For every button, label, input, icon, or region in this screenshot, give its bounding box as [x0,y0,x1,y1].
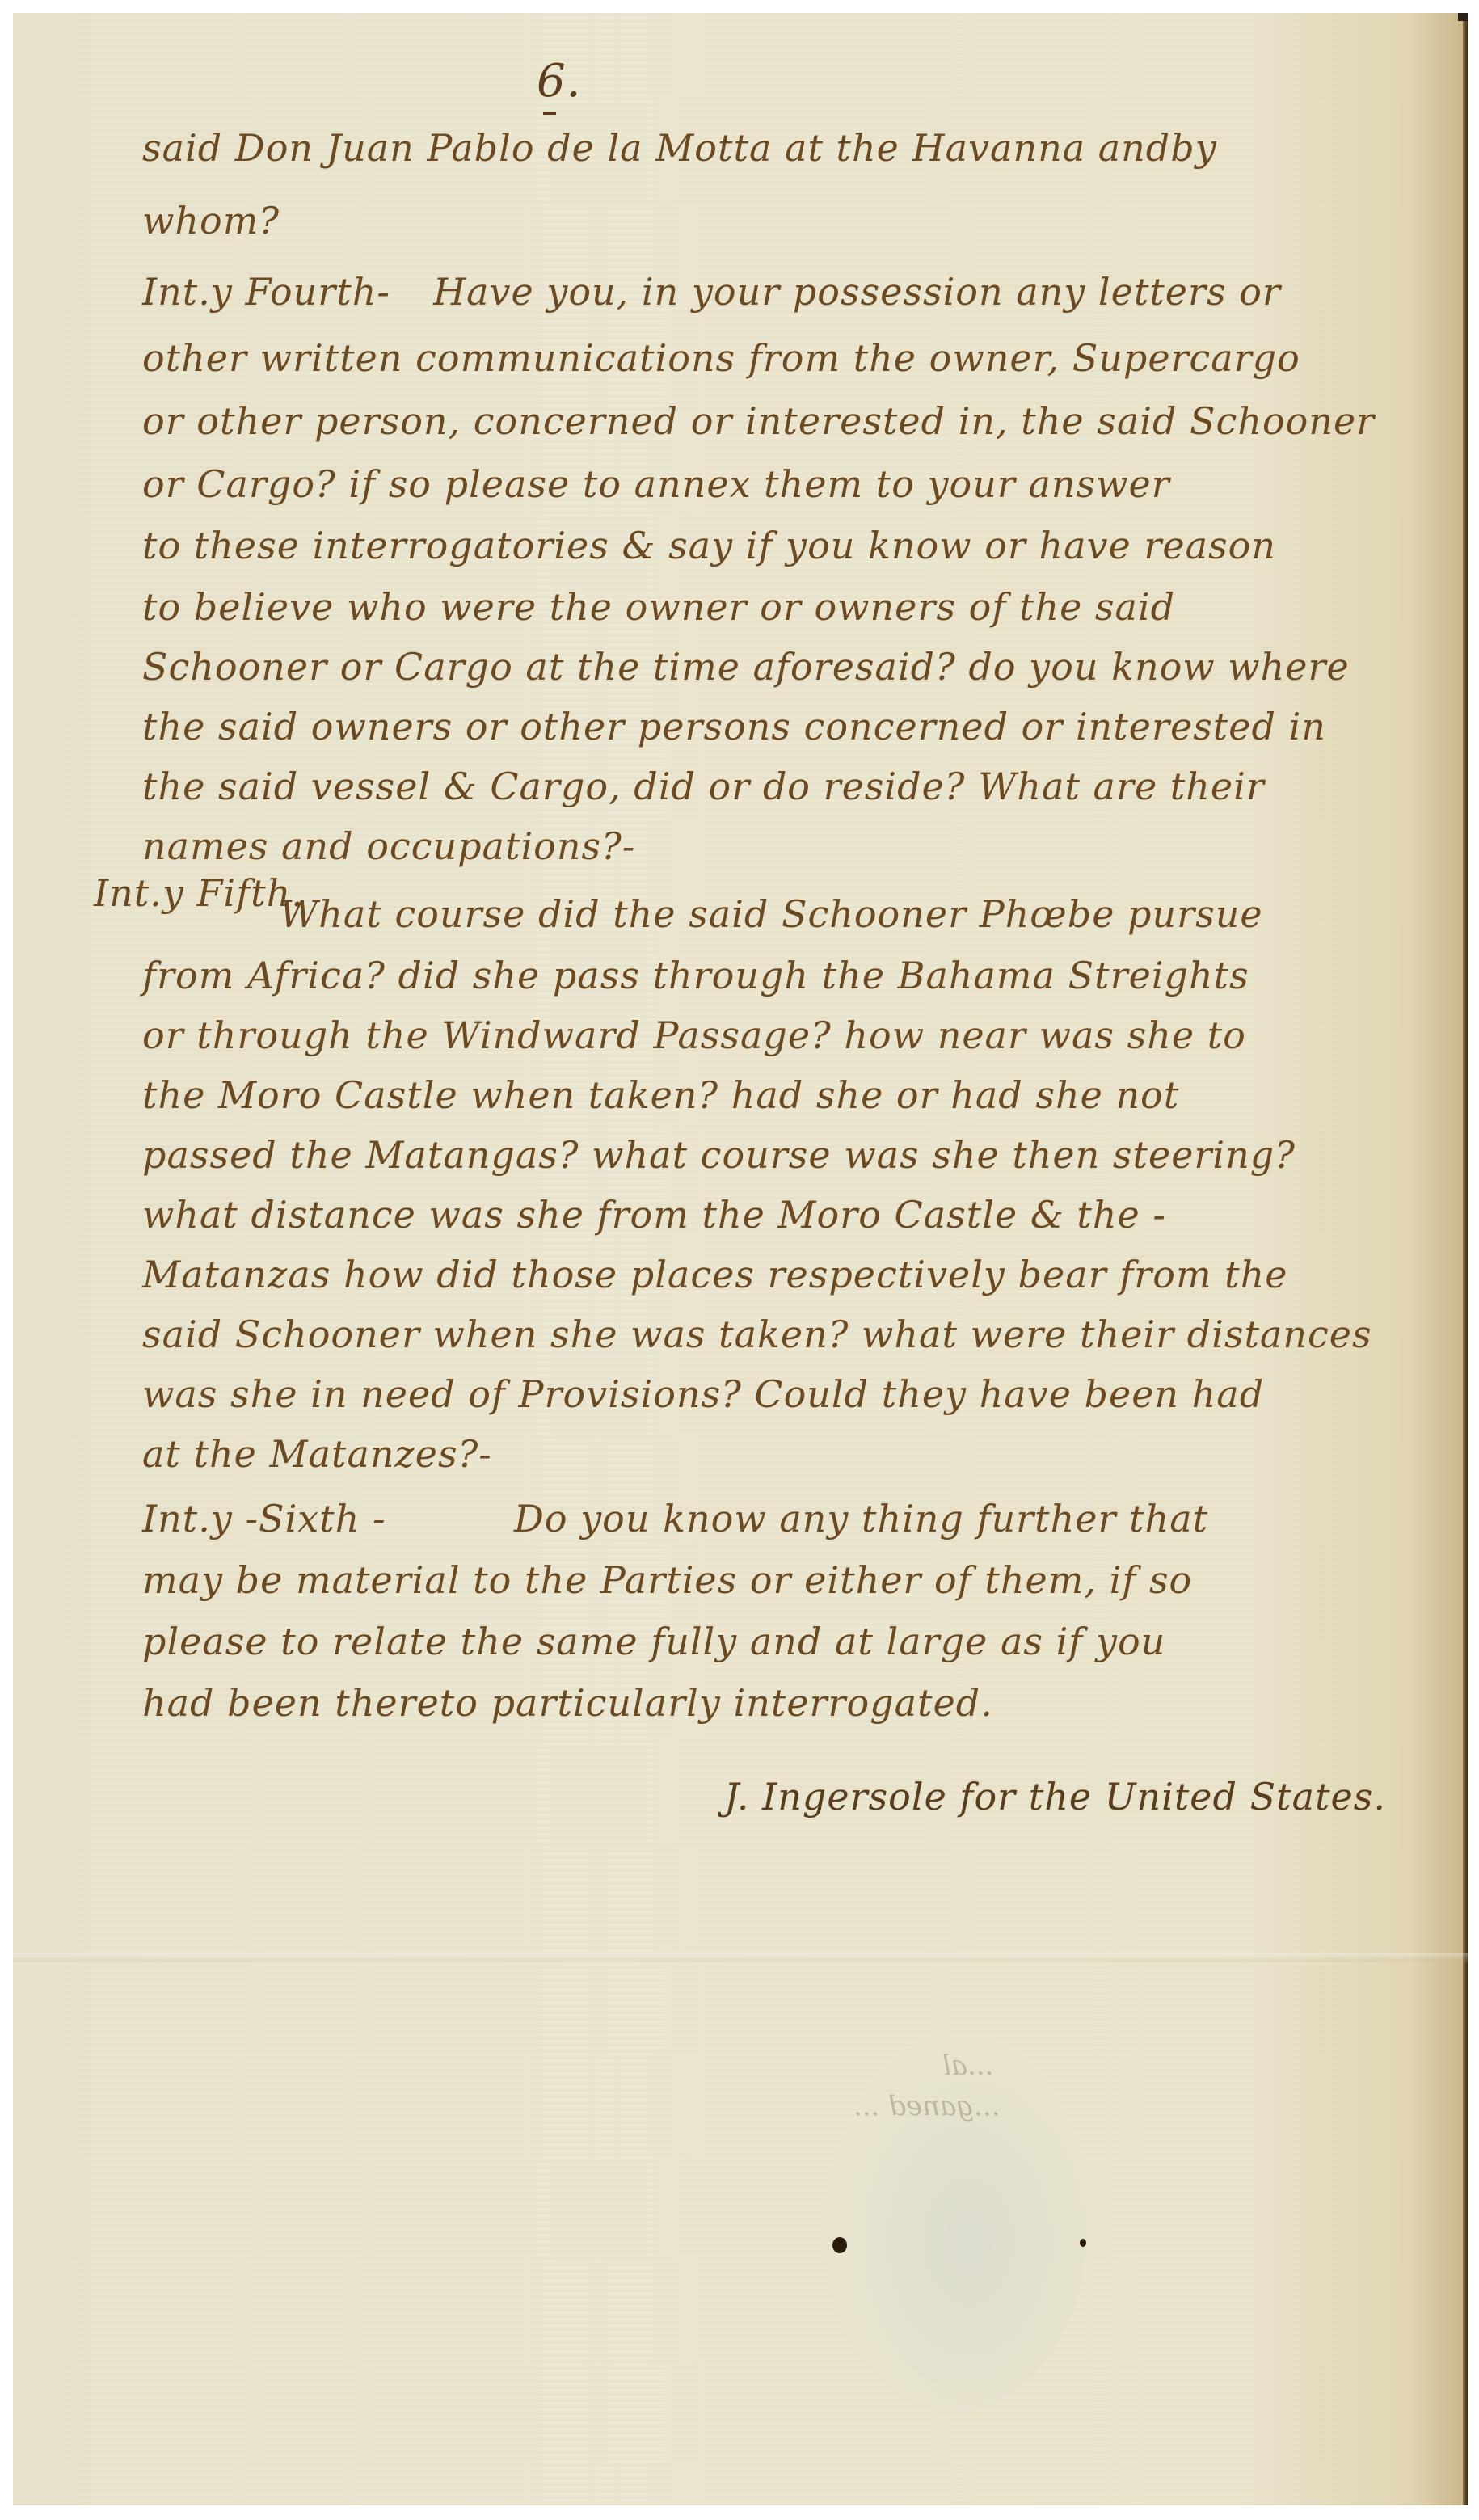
text-line: names and occupations?- [142,824,635,868]
text-line: please to relate the same fully and at l… [142,1620,1165,1663]
text-line: had been thereto particularly interrogat… [142,1681,993,1725]
text-line: other written communications from the ow… [142,336,1300,380]
ink-blot [832,2237,847,2253]
page-right-edge [1463,13,1468,2505]
text-line: was she in need of Provisions? Could the… [142,1372,1264,1416]
page-number-underline [543,112,556,115]
text-line: at the Matanzes?- [142,1432,492,1476]
text-line: whom? [142,199,280,242]
text-line: may be material to the Parties or either… [142,1558,1192,1602]
text-line: what distance was she from the Moro Cast… [142,1193,1166,1237]
seal-text: ...al [942,2050,994,2082]
embossed-seal: ...al ...ganed ... [821,2033,1088,2413]
seal-text: ...ganed ... [853,2090,1000,2122]
ink-blot [1080,2239,1086,2247]
text-line: said Don Juan Pablo de la Motta at the H… [142,126,1217,170]
text-line: the said vessel & Cargo, did or do resid… [142,765,1265,808]
text-line: or Cargo? if so please to annex them to … [142,462,1170,506]
signature: J. Ingersole for the United States. [724,1775,1386,1818]
text-line: Have you, in your possession any letters… [433,270,1281,314]
text-line: Schooner or Cargo at the time aforesaid?… [142,645,1350,689]
text-line: the said owners or other persons concern… [142,705,1326,748]
fold-crease [13,1953,1468,1964]
text-line: the Moro Castle when taken? had she or h… [142,1073,1179,1117]
text-line: or through the Windward Passage? how nea… [142,1013,1246,1057]
text-line: Do you know any thing further that [514,1497,1208,1540]
text-line: What course did the said Schooner Phœbe … [280,892,1263,936]
text-line: from Africa? did she pass through the Ba… [142,954,1249,997]
page-number: 6. [537,55,581,107]
interrogatory-label-fourth: Int.y Fourth- [142,270,390,314]
interrogatory-label-sixth: Int.y -Sixth - [142,1497,386,1540]
text-line: or other person, concerned or interested… [142,399,1375,443]
text-line: to these interrogatories & say if you kn… [142,524,1276,567]
text-line: said Schooner when she was taken? what w… [142,1313,1372,1356]
text-line: Matanzas how did those places respective… [142,1253,1288,1296]
page-corner [1458,13,1468,21]
manuscript-page: 6. said Don Juan Pablo de la Motta at th… [13,13,1468,2505]
text-line: passed the Matangas? what course was she… [142,1133,1296,1177]
interrogatory-label-fifth: Int.y Fifth. [94,871,304,915]
text-line: to believe who were the owner or owners … [142,585,1175,629]
